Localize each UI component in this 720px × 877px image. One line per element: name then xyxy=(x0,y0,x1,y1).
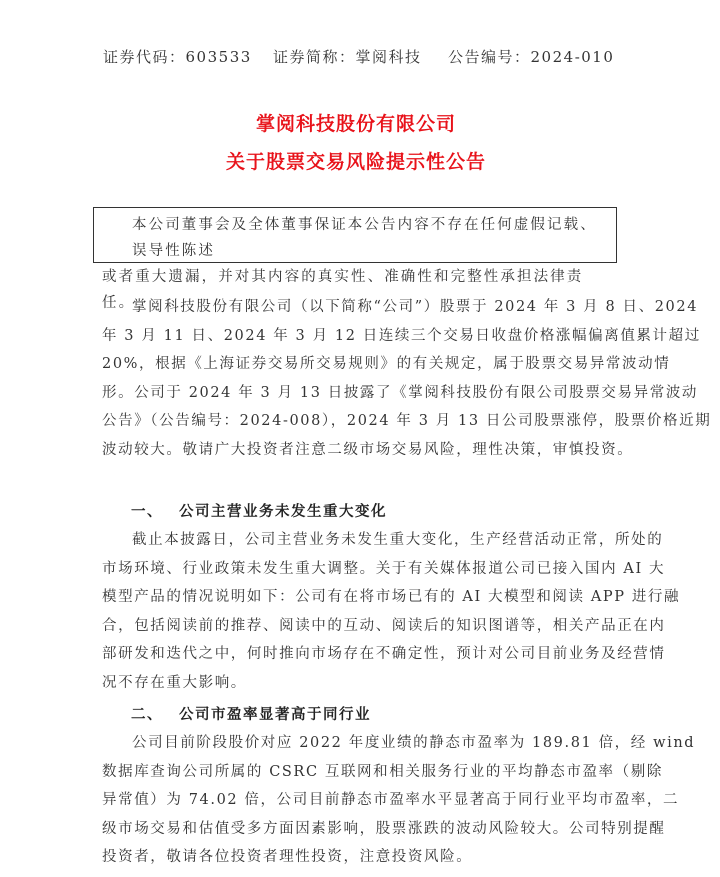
section-1-paragraph: 截止本披露日，公司主营业务未发生重大变化，生产经营活动正常，所处的 市场环境、行… xyxy=(102,526,614,697)
section-number: 一、 xyxy=(131,500,179,521)
paragraph-line: 况不存在重大影响。 xyxy=(102,669,614,698)
security-code: 证券代码：603533 xyxy=(103,46,252,67)
security-abbreviation: 证券简称：掌阅科技 xyxy=(273,46,422,67)
security-abbr-label: 证券简称： xyxy=(273,48,356,66)
section-2-paragraph: 公司目前阶段股价对应 2022 年度业绩的静态市盈率为 189.81 倍，经 w… xyxy=(102,729,614,872)
paragraph-line: 公司目前阶段股价对应 2022 年度业绩的静态市盈率为 189.81 倍，经 w… xyxy=(102,729,614,758)
paragraph-line: 公告》（公告编号：2024-008），2024 年 3 月 13 日公司股票涨停… xyxy=(102,407,614,436)
paragraph-line: 20%，根据《上海证券交易所交易规则》的有关规定，属于股票交易异常波动情 xyxy=(102,350,614,379)
paragraph-line: 年 3 月 11 日、2024 年 3 月 12 日连续三个交易日收盘价格涨幅偏… xyxy=(102,322,614,351)
paragraph-line: 波动较大。敬请广大投资者注意二级市场交易风险，理性决策，审慎投资。 xyxy=(102,436,614,465)
paragraph-line: 级市场交易和估值受多方面因素影响，股票涨跌的波动风险较大。公司特别提醒 xyxy=(102,815,614,844)
section-number: 二、 xyxy=(131,703,179,724)
paragraph-line: 截止本披露日，公司主营业务未发生重大变化，生产经营活动正常，所处的 xyxy=(102,526,614,555)
announcement-no-label: 公告编号： xyxy=(448,48,531,66)
announcement-number: 公告编号：2024-010 xyxy=(448,46,614,67)
announcement-no-value: 2024-010 xyxy=(531,48,615,66)
announcement-page: 证券代码：603533 证券简称：掌阅科技 公告编号：2024-010 掌阅科技… xyxy=(0,0,720,877)
paragraph-line: 投资者，敬请各位投资者理性投资，注意投资风险。 xyxy=(102,843,614,872)
section-heading-1: 一、公司主营业务未发生重大变化 xyxy=(131,500,387,521)
security-code-label: 证券代码： xyxy=(103,48,186,66)
paragraph-line: 市场环境、行业政策未发生重大调整。关于有关媒体报道公司已接入国内 AI 大 xyxy=(102,555,614,584)
notice-line: 本公司董事会及全体董事保证本公告内容不存在任何虚假记载、误导性陈述 xyxy=(102,212,610,264)
security-code-value: 603533 xyxy=(186,48,252,66)
paragraph-line: 异常值）为 74.02 倍，公司目前静态市盈率水平显著高于同行业平均市盈率，二 xyxy=(102,786,614,815)
section-heading-text: 公司市盈率显著高于同行业 xyxy=(179,707,371,723)
intro-paragraph: 掌阅科技股份有限公司（以下简称“公司”）股票于 2024 年 3 月 8 日、2… xyxy=(102,293,614,464)
paragraph-line: 掌阅科技股份有限公司（以下简称“公司”）股票于 2024 年 3 月 8 日、2… xyxy=(102,293,614,322)
paragraph-line: 形。公司于 2024 年 3 月 13 日披露了《掌阅科技股份有限公司股票交易异… xyxy=(102,379,614,408)
paragraph-line: 模型产品的情况说明如下：公司有在将市场已有的 AI 大模型和阅读 APP 进行融 xyxy=(102,583,614,612)
company-title: 掌阅科技股份有限公司 xyxy=(0,109,716,136)
announcement-title: 关于股票交易风险提示性公告 xyxy=(0,147,716,174)
document-header: 证券代码：603533 证券简称：掌阅科技 公告编号：2024-010 xyxy=(103,46,623,68)
paragraph-line: 部研发和迭代之中，何时推向市场存在不确定性，预计对公司目前业务及经营情 xyxy=(102,640,614,669)
section-heading-2: 二、公司市盈率显著高于同行业 xyxy=(131,703,371,724)
paragraph-line: 合，包括阅读前的推荐、阅读中的互动、阅读后的知识图谱等，相关产品正在内 xyxy=(102,612,614,641)
section-heading-text: 公司主营业务未发生重大变化 xyxy=(179,504,387,520)
paragraph-line: 数据库查询公司所属的 CSRC 互联网和相关服务行业的平均静态市盈率（剔除 xyxy=(102,758,614,787)
security-abbr-value: 掌阅科技 xyxy=(356,48,422,66)
board-guarantee-notice-box: 本公司董事会及全体董事保证本公告内容不存在任何虚假记载、误导性陈述 或者重大遗漏… xyxy=(93,207,617,263)
